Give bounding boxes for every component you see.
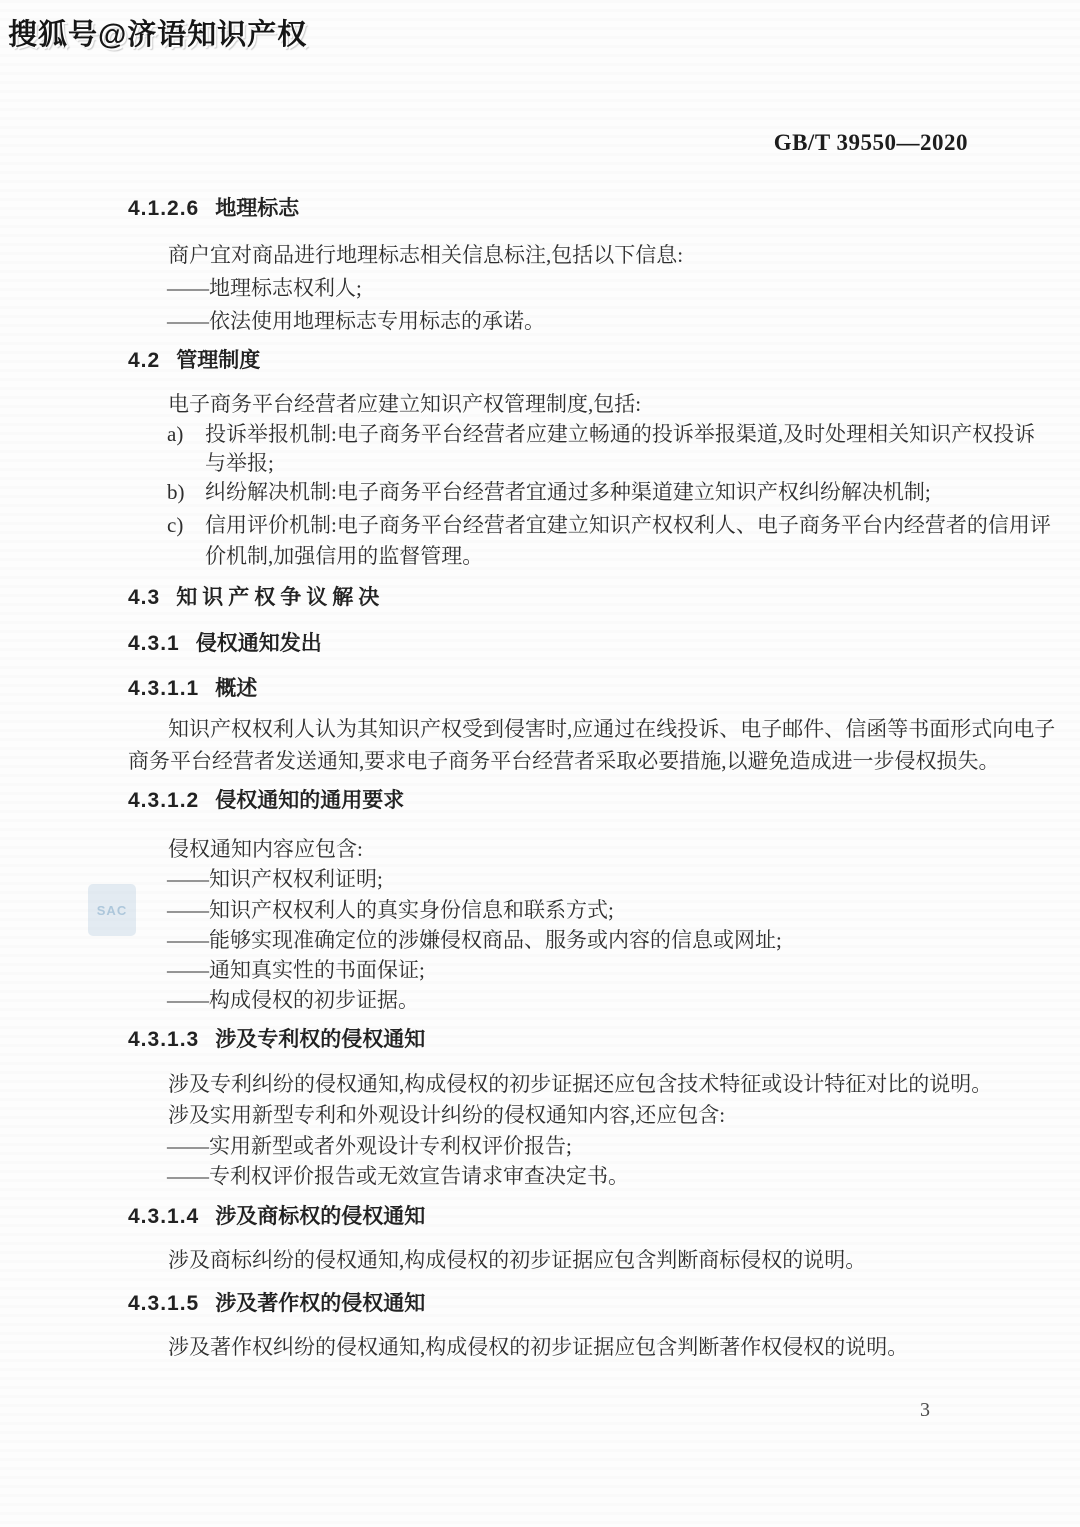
list-item: ——地理标志权利人; <box>167 275 362 301</box>
section-heading-4-1-2-6: 4.1.2.6地理标志 <box>128 196 299 222</box>
section-title: 概述 <box>215 677 257 700</box>
section-title: 涉及著作权的侵权通知 <box>215 1292 425 1315</box>
section-heading-4-3-1-2: 4.3.1.2侵权通知的通用要求 <box>128 788 404 814</box>
sohu-account-watermark: 搜狐号@济语知识产权 <box>8 12 307 53</box>
paragraph-continuation: 商务平台经营者发送通知,要求电子商务平台经营者采取必要措施,以避免造成进一步侵权… <box>128 748 1000 774</box>
paragraph: 涉及专利纠纷的侵权通知,构成侵权的初步证据还应包含技术特征或设计特征对比的说明。 <box>168 1071 992 1097</box>
paragraph: 涉及著作权纠纷的侵权通知,构成侵权的初步证据应包含判断著作权侵权的说明。 <box>168 1334 908 1360</box>
section-number: 4.3.1.3 <box>128 1027 199 1053</box>
section-number: 4.3.1.1 <box>128 676 199 702</box>
section-title: 知识产权争议解决 <box>176 586 384 609</box>
paragraph: 商户宜对商品进行地理标志相关信息标注,包括以下信息: <box>168 242 683 268</box>
list-item-continuation: 与举报; <box>205 450 274 476</box>
paragraph: 侵权通知内容应包含: <box>168 836 363 862</box>
section-heading-4-3: 4.3知识产权争议解决 <box>128 585 384 611</box>
list-item: 纠纷解决机制:电子商务平台经营者宜通过多种渠道建立知识产权纠纷解决机制; <box>205 479 931 505</box>
section-number: 4.3.1.5 <box>128 1291 199 1317</box>
section-heading-4-3-1: 4.3.1侵权通知发出 <box>128 631 322 657</box>
page-number: 3 <box>920 1399 930 1422</box>
list-item: ——构成侵权的初步证据。 <box>167 987 419 1013</box>
list-marker: b) <box>167 479 185 505</box>
section-number: 4.3.1.2 <box>128 788 199 814</box>
paragraph: 涉及实用新型专利和外观设计纠纷的侵权通知内容,还应包含: <box>168 1102 725 1128</box>
sac-logo-watermark: SAC <box>88 884 136 936</box>
document-page: 搜狐号@济语知识产权 GB/T 39550—2020 4.1.2.6地理标志 商… <box>0 0 1080 1527</box>
section-number: 4.3.1 <box>128 631 180 657</box>
section-heading-4-2: 4.2管理制度 <box>128 348 260 374</box>
paragraph: 知识产权权利人认为其知识产权受到侵害时,应通过在线投诉、电子邮件、信函等书面形式… <box>168 716 1055 742</box>
list-marker: a) <box>167 421 183 447</box>
list-item: ——实用新型或者外观设计专利权评价报告; <box>167 1133 572 1159</box>
section-heading-4-3-1-5: 4.3.1.5涉及著作权的侵权通知 <box>128 1291 425 1317</box>
list-item: ——知识产权权利证明; <box>167 866 383 892</box>
list-item: ——能够实现准确定位的涉嫌侵权商品、服务或内容的信息或网址; <box>167 927 782 953</box>
section-title: 管理制度 <box>176 349 260 372</box>
standard-code: GB/T 39550—2020 <box>0 130 968 156</box>
section-title: 侵权通知的通用要求 <box>215 789 404 812</box>
section-title: 地理标志 <box>215 197 299 220</box>
list-item: 投诉举报机制:电子商务平台经营者应建立畅通的投诉举报渠道,及时处理相关知识产权投… <box>205 421 1035 447</box>
paragraph: 电子商务平台经营者应建立知识产权管理制度,包括: <box>168 391 641 417</box>
section-title: 涉及专利权的侵权通知 <box>215 1028 425 1051</box>
section-number: 4.2 <box>128 348 160 374</box>
section-title: 侵权通知发出 <box>196 632 322 655</box>
list-marker: c) <box>167 512 183 538</box>
section-title: 涉及商标权的侵权通知 <box>215 1205 425 1228</box>
list-item: ——知识产权权利人的真实身份信息和联系方式; <box>167 897 614 923</box>
section-heading-4-3-1-4: 4.3.1.4涉及商标权的侵权通知 <box>128 1204 425 1230</box>
section-number: 4.3.1.4 <box>128 1204 199 1230</box>
section-heading-4-3-1-3: 4.3.1.3涉及专利权的侵权通知 <box>128 1027 425 1053</box>
list-item: ——专利权评价报告或无效宣告请求审查决定书。 <box>167 1163 629 1189</box>
section-number: 4.3 <box>128 585 160 611</box>
list-item: ——通知真实性的书面保证; <box>167 957 425 983</box>
list-item: 信用评价机制:电子商务平台经营者宜建立知识产权权利人、电子商务平台内经营者的信用… <box>205 512 1051 538</box>
list-item: ——依法使用地理标志专用标志的承诺。 <box>167 308 545 334</box>
section-number: 4.1.2.6 <box>128 196 199 222</box>
list-item-continuation: 价机制,加强信用的监督管理。 <box>205 543 483 569</box>
paragraph: 涉及商标纠纷的侵权通知,构成侵权的初步证据应包含判断商标侵权的说明。 <box>168 1247 866 1273</box>
section-heading-4-3-1-1: 4.3.1.1概述 <box>128 676 257 702</box>
